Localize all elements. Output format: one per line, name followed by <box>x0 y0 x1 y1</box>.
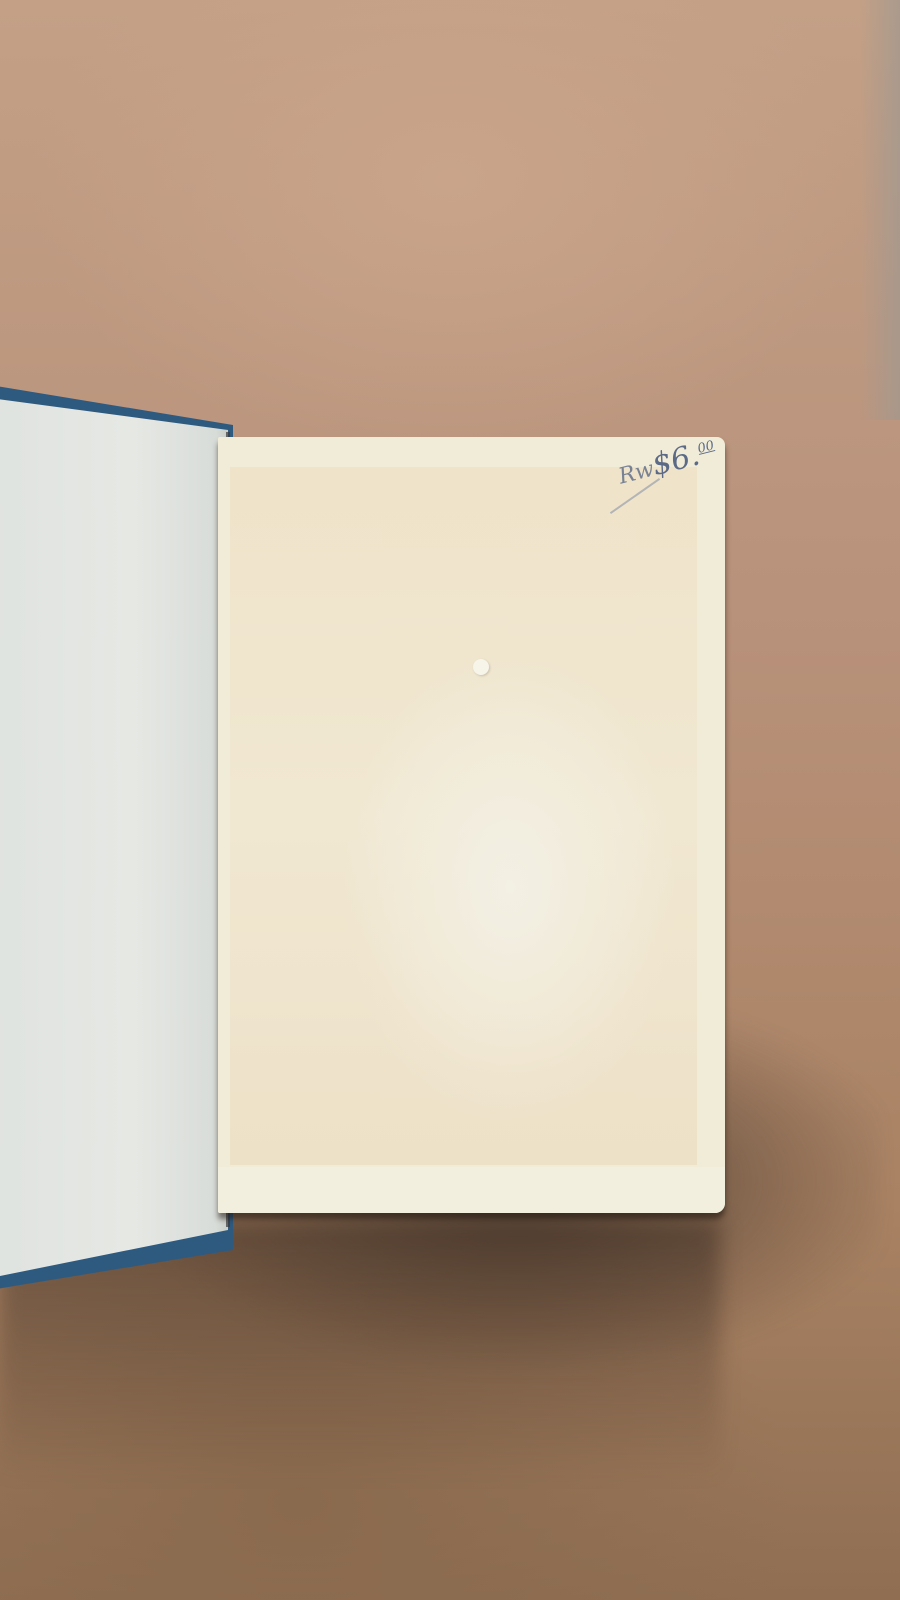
photo-scene: Rw$6.00 <box>0 0 900 1600</box>
flyleaf-page: Rw$6.00 <box>218 437 725 1213</box>
front-endpaper <box>0 398 228 1278</box>
page-dent <box>473 659 489 675</box>
background-edge <box>860 0 900 420</box>
annotation-cents: 00 <box>696 438 716 457</box>
page-margin <box>218 1167 725 1213</box>
page-toning <box>230 467 697 1165</box>
